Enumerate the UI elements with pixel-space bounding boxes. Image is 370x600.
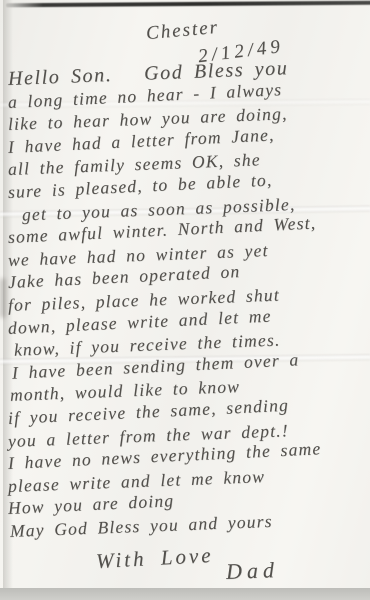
ink-smudge	[0, 278, 6, 318]
letter-paper: Chester 2/12/49 Hello Son. God Bless you…	[0, 0, 370, 588]
letter-place: Chester	[145, 17, 220, 45]
paper-top-edge	[6, 1, 370, 8]
letter-body: Hello Son. God Bless you a long time no …	[8, 68, 370, 542]
scan-background-strip	[0, 588, 370, 600]
letter-closing: With Love	[95, 543, 214, 574]
letter-photo: Chester 2/12/49 Hello Son. God Bless you…	[0, 0, 370, 600]
letter-signature: Dad	[226, 557, 280, 585]
